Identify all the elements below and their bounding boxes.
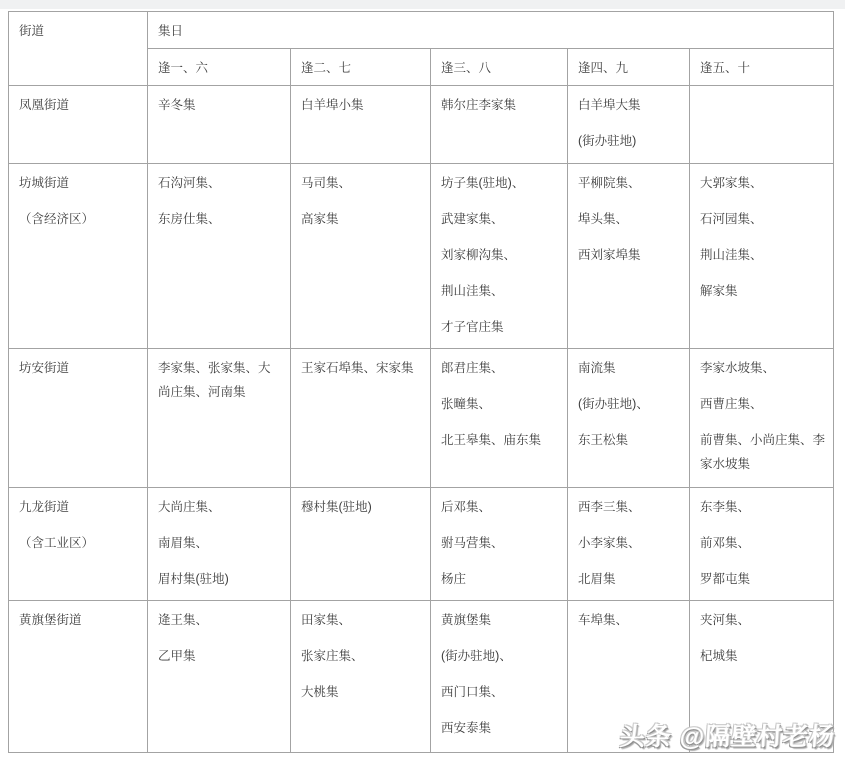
market-entry: 大郭家集、 (700, 171, 825, 195)
market-entry: 石沟河集、 (158, 171, 282, 195)
market-entry: 白羊埠大集 (578, 93, 681, 117)
street-name-cell: 坊城街道（含经济区） (9, 164, 148, 349)
market-entry: 张疃集、 (441, 392, 559, 416)
market-list-cell: 大郭家集、石河园集、荆山洼集、解家集 (690, 164, 834, 349)
market-entry: 刘家柳沟集、 (441, 243, 559, 267)
street-name-cell: 凤凰街道 (9, 86, 148, 164)
market-list-cell: 白羊埠小集 (291, 86, 431, 164)
table-row: 坊城街道（含经济区）石沟河集、东房仕集、马司集、高家集坊子集(驻地)、武建家集、… (9, 164, 834, 349)
market-entry: 夹河集、 (700, 608, 825, 632)
market-entry: 张家庄集、 (301, 644, 422, 668)
market-entry: 后邓集、 (441, 495, 559, 519)
market-entry: 罗都屯集 (700, 567, 825, 591)
market-list-cell: 李家集、张家集、大尚庄集、河南集 (148, 349, 291, 488)
day-header-2: 逢二、七 (291, 49, 431, 86)
market-entry: 眉村集(驻地) (158, 567, 282, 591)
market-entry: 高家集 (301, 207, 422, 231)
market-days-table: 街道 集日 逢一、六逢二、七逢三、八逢四、九逢五、十 凤凰街道辛冬集白羊埠小集韩… (8, 11, 834, 753)
market-list-cell: 郎君庄集、张疃集、北王皋集、庙东集 (431, 349, 568, 488)
market-entry: 大桃集 (301, 680, 422, 704)
market-list-cell: 辛冬集 (148, 86, 291, 164)
market-list-cell: 东李集、前邓集、罗都屯集 (690, 488, 834, 601)
market-entry: 韩尔庄李家集 (441, 93, 559, 117)
market-entry: 车埠集、 (578, 608, 681, 632)
market-entry: 坊子集(驻地)、 (441, 171, 559, 195)
street-name-cell: 坊安街道 (9, 349, 148, 488)
market-entry: 杨庄 (441, 567, 559, 591)
market-list-cell: 马司集、高家集 (291, 164, 431, 349)
street-name-line: 坊城街道 (19, 171, 139, 195)
market-entry: 田家集、 (301, 608, 422, 632)
market-list-cell: 平柳院集、埠头集、西刘家埠集 (568, 164, 690, 349)
market-list-cell: 白羊埠大集(街办驻地) (568, 86, 690, 164)
street-name-cell: 九龙街道（含工业区） (9, 488, 148, 601)
market-entry: 郎君庄集、 (441, 356, 559, 380)
market-entry: 杞城集 (700, 644, 825, 668)
market-entry: 李家水坡集、 (700, 356, 825, 380)
market-entry: 北王皋集、庙东集 (441, 428, 559, 452)
market-entry: 逄王集、 (158, 608, 282, 632)
market-list-cell: 黄旗堡集(街办驻地)、西门口集、西安泰集 (431, 601, 568, 753)
market-entry: 埠头集、 (578, 207, 681, 231)
street-name-line: 凤凰街道 (19, 93, 139, 117)
market-list-cell: 韩尔庄李家集 (431, 86, 568, 164)
market-entry: 北眉集 (578, 567, 681, 591)
table-row: 凤凰街道辛冬集白羊埠小集韩尔庄李家集白羊埠大集(街办驻地) (9, 86, 834, 164)
market-entry: 荆山洼集、 (700, 243, 825, 267)
market-entry: 乙甲集 (158, 644, 282, 668)
market-list-cell: 李家水坡集、西曹庄集、前曹集、小尚庄集、李家水坡集 (690, 349, 834, 488)
market-entry: 王家石埠集、宋家集 (301, 356, 422, 380)
market-entry: 驸马营集、 (441, 531, 559, 555)
street-name-line: 坊安街道 (19, 356, 139, 380)
market-list-cell: 大尚庄集、南眉集、眉村集(驻地) (148, 488, 291, 601)
market-list-cell: 穆村集(驻地) (291, 488, 431, 601)
market-list-cell: 逄王集、乙甲集 (148, 601, 291, 753)
street-name-line: （含经济区） (19, 207, 139, 231)
market-entry: 前邓集、 (700, 531, 825, 555)
market-entry: 李家集、张家集、大尚庄集、河南集 (158, 356, 282, 404)
market-list-cell (690, 86, 834, 164)
market-list-cell: 后邓集、驸马营集、杨庄 (431, 488, 568, 601)
market-entry: 南眉集、 (158, 531, 282, 555)
market-entry: 穆村集(驻地) (301, 495, 422, 519)
page-top-strip (0, 0, 845, 9)
market-entry: 东李集、 (700, 495, 825, 519)
market-entry: 西门口集、 (441, 680, 559, 704)
column-header-market-days: 集日 (148, 12, 834, 49)
market-list-cell: 王家石埠集、宋家集 (291, 349, 431, 488)
market-entry: (街办驻地)、 (441, 644, 559, 668)
day-header-4: 逢四、九 (568, 49, 690, 86)
street-name-line: 黄旗堡街道 (19, 608, 139, 632)
market-list-cell: 西李三集、小李家集、北眉集 (568, 488, 690, 601)
street-name-line: （含工业区） (19, 531, 139, 555)
market-entry: 白羊埠小集 (301, 93, 422, 117)
market-entry: 平柳院集、 (578, 171, 681, 195)
market-entry: 西曹庄集、 (700, 392, 825, 416)
market-entry: 荆山洼集、 (441, 279, 559, 303)
market-list-cell: 石沟河集、东房仕集、 (148, 164, 291, 349)
market-list-cell: 田家集、张家庄集、大桃集 (291, 601, 431, 753)
market-entry: 西安泰集 (441, 716, 559, 740)
market-entry: 西刘家埠集 (578, 243, 681, 267)
market-entry: 东王松集 (578, 428, 681, 452)
day-header-5: 逢五、十 (690, 49, 834, 86)
market-list-cell: 南流集(街办驻地)、东王松集 (568, 349, 690, 488)
market-entry: 南流集 (578, 356, 681, 380)
market-entry: 马司集、 (301, 171, 422, 195)
market-entry: (街办驻地) (578, 129, 681, 153)
market-entry: (街办驻地)、 (578, 392, 681, 416)
market-list-cell: 坊子集(驻地)、武建家集、刘家柳沟集、荆山洼集、才子官庄集 (431, 164, 568, 349)
toutiao-watermark: 头条 @隔壁村老杨 (618, 717, 836, 753)
market-entry: 辛冬集 (158, 93, 282, 117)
market-entry: 大尚庄集、 (158, 495, 282, 519)
market-entry: 黄旗堡集 (441, 608, 559, 632)
day-header-1: 逢一、六 (148, 49, 291, 86)
market-entry: 西李三集、 (578, 495, 681, 519)
market-entry: 解家集 (700, 279, 825, 303)
street-name-cell: 黄旗堡街道 (9, 601, 148, 753)
market-entry: 石河园集、 (700, 207, 825, 231)
column-header-street: 街道 (9, 12, 148, 86)
table-row: 九龙街道（含工业区）大尚庄集、南眉集、眉村集(驻地)穆村集(驻地)后邓集、驸马营… (9, 488, 834, 601)
market-entry: 才子官庄集 (441, 315, 559, 339)
street-name-line: 九龙街道 (19, 495, 139, 519)
market-entry: 小李家集、 (578, 531, 681, 555)
market-entry: 前曹集、小尚庄集、李家水坡集 (700, 428, 825, 476)
table-row: 坊安街道李家集、张家集、大尚庄集、河南集王家石埠集、宋家集郎君庄集、张疃集、北王… (9, 349, 834, 488)
day-header-3: 逢三、八 (431, 49, 568, 86)
table-header-row-group: 街道 集日 (9, 12, 834, 49)
market-entry: 武建家集、 (441, 207, 559, 231)
market-entry: 东房仕集、 (158, 207, 282, 231)
